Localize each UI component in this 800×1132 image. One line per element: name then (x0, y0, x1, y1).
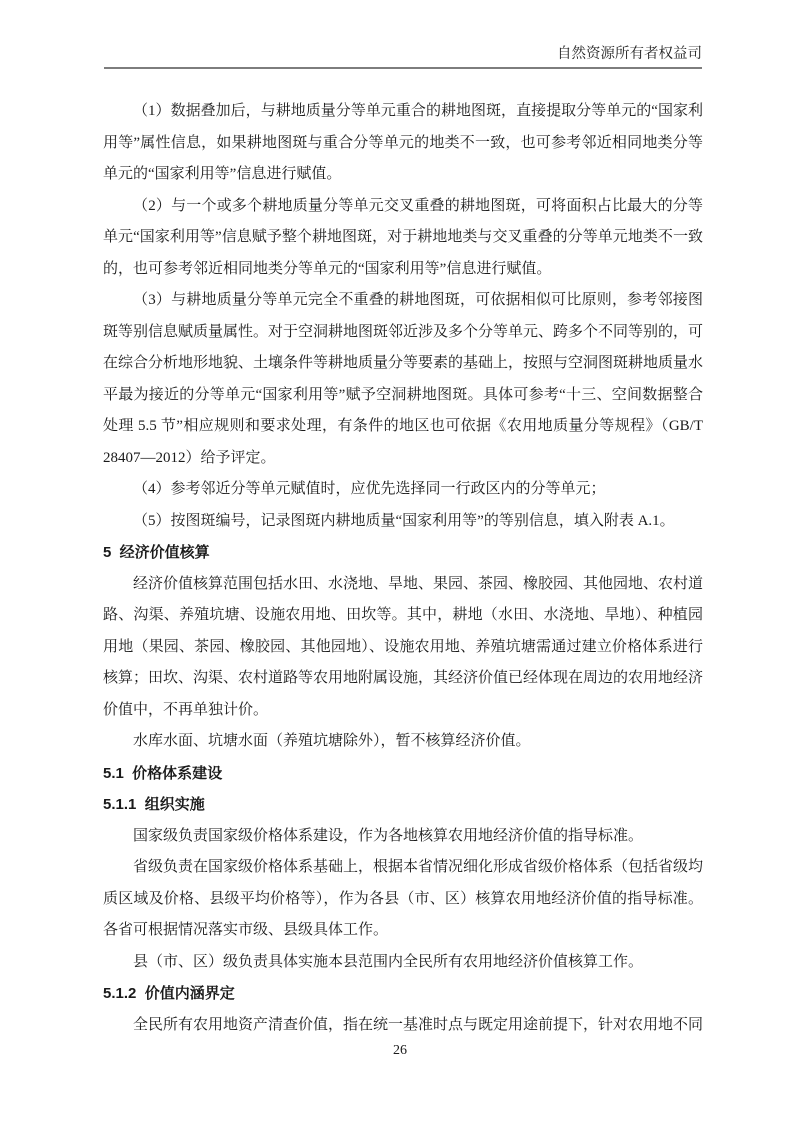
paragraph-provincial-level: 省级负责在国家级价格体系基础上，根据本省情况细化形成省级价格体系（包括省级均质区… (103, 852, 703, 947)
paragraph-item-5: （5）按图斑编号，记录图斑内耕地质量“国家利用等”的等别信息，填入附表 A.1。 (103, 506, 703, 538)
paragraph-national-level: 国家级负责国家级价格体系建设，作为各地核算农用地经济价值的指导标准。 (103, 821, 703, 853)
paragraph-value-definition: 全民所有农用地资产清查价值，指在统一基准时点与既定用途前提下，针对农用地不同 (103, 1010, 703, 1042)
paragraph-item-3: （3）与耕地质量分等单元完全不重叠的耕地图斑，可依据相似可比原则，参考邻接图斑等… (103, 285, 703, 474)
section-heading-5-1: 5.1 价格体系建设 (103, 758, 703, 790)
document-page: 自然资源所有者权益司 （1）数据叠加后，与耕地质量分等单元重合的耕地图斑，直接提… (0, 0, 800, 1132)
page-header: 自然资源所有者权益司 (104, 44, 702, 69)
page-number: 26 (393, 1043, 407, 1058)
paragraph-item-4: （4）参考邻近分等单元赋值时，应优先选择同一行政区内的分等单元； (103, 474, 703, 506)
paragraph-county-level: 县（市、区）级负责具体实施本县范围内全民所有农用地经济价值核算工作。 (103, 947, 703, 979)
section-heading-5-1-2: 5.1.2 价值内涵界定 (103, 978, 703, 1010)
paragraph-item-1: （1）数据叠加后，与耕地质量分等单元重合的耕地图斑，直接提取分等单元的“国家利用… (103, 96, 703, 191)
paragraph-item-2: （2）与一个或多个耕地质量分等单元交叉重叠的耕地图斑，可将面积占比最大的分等单元… (103, 191, 703, 286)
document-body: （1）数据叠加后，与耕地质量分等单元重合的耕地图斑，直接提取分等单元的“国家利用… (103, 96, 703, 1041)
paragraph-excluded: 水库水面、坑塘水面（养殖坑塘除外），暂不核算经济价值。 (103, 726, 703, 758)
section-heading-5: 5 经济价值核算 (103, 537, 703, 569)
page-footer: 26 (0, 1041, 800, 1061)
section-heading-5-1-1: 5.1.1 组织实施 (103, 789, 703, 821)
header-department-title: 自然资源所有者权益司 (557, 46, 702, 62)
paragraph-scope: 经济价值核算范围包括水田、水浇地、旱地、果园、茶园、橡胶园、其他园地、农村道路、… (103, 569, 703, 727)
